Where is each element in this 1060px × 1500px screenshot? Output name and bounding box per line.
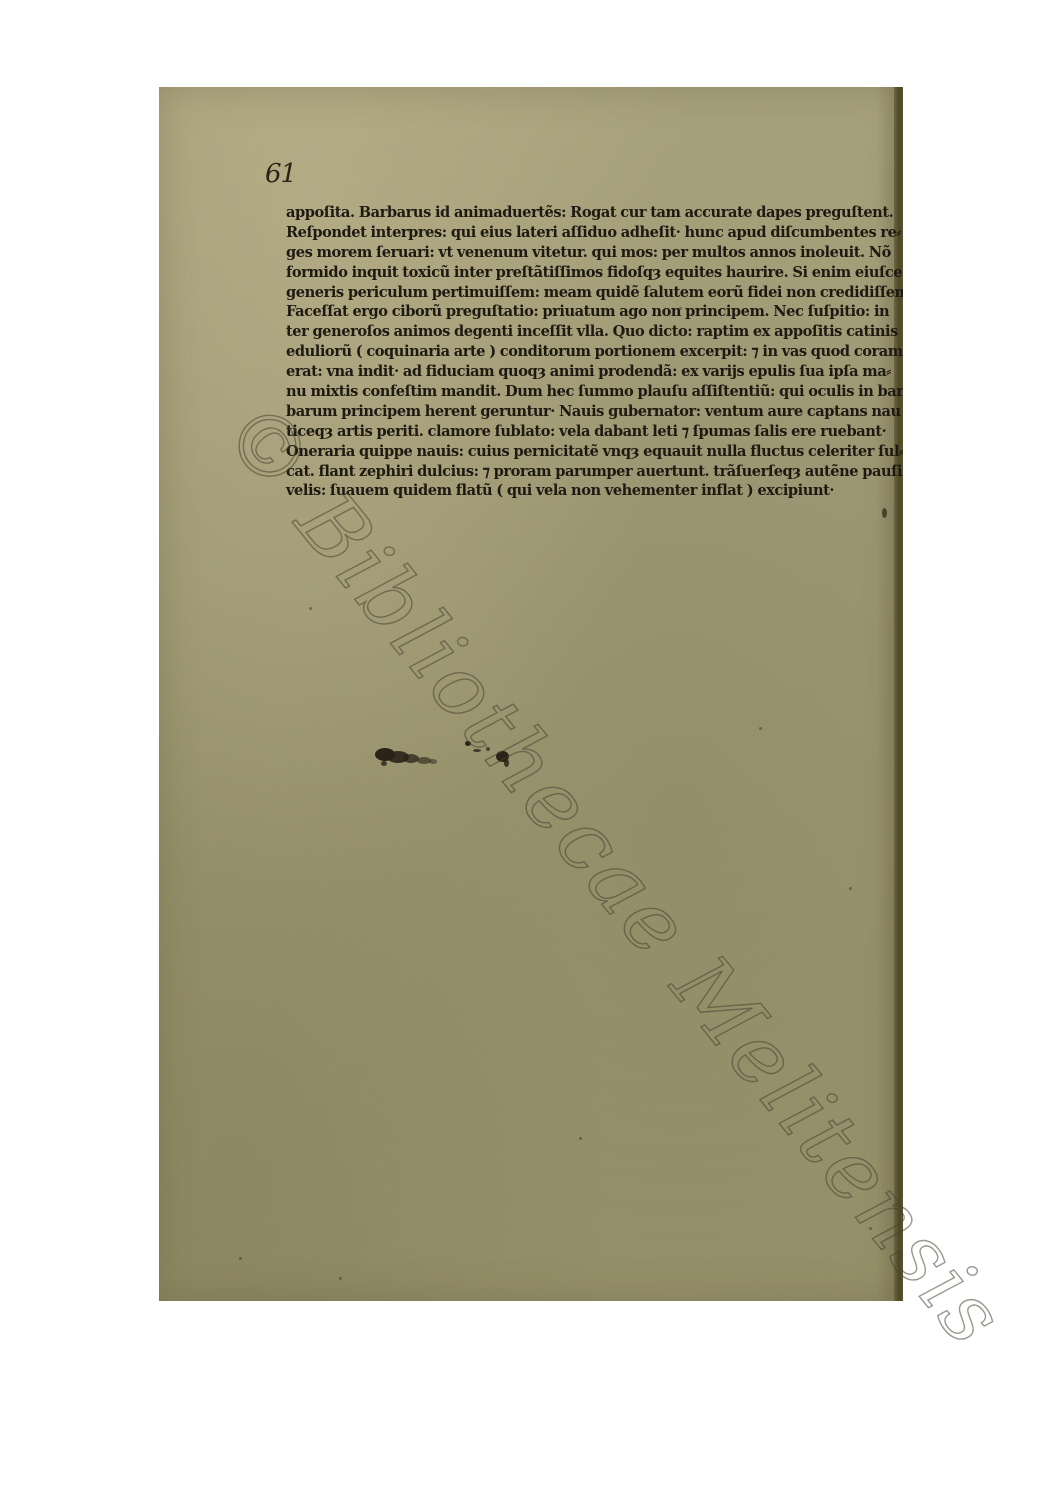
text-line: barum principem herent geruntur· Nauis g… — [286, 402, 862, 422]
text-line: ter generoſos animos degenti inceſſit vl… — [286, 322, 862, 342]
text-line: Faceſſat ergo ciborũ preguſtatio: priuat… — [286, 302, 862, 322]
text-line: formido inquit toxicũ inter preſtãtiſſim… — [286, 263, 862, 283]
text-line: erat: vna indit· ad fiduciam quoqȝ animi… — [286, 362, 862, 382]
text-line: appoſita. Barbarus id animaduertẽs: Roga… — [286, 203, 862, 223]
text-line: cat. flant zephiri dulcius: ⁊ proram par… — [286, 462, 862, 482]
text-line: ges morem ſeruari: vt venenum vitetur. q… — [286, 243, 862, 263]
text-line: eduliorũ ( coquinaria arte ) conditorum … — [286, 342, 862, 362]
text-block: appoſita. Barbarus id animaduertẽs: Roga… — [286, 203, 862, 501]
page-number: 61 — [265, 159, 296, 189]
text-line: Oneraria quippe nauis: cuius pernicitatẽ… — [286, 442, 862, 462]
text-line: nu mixtis confeſtim mandit. Dum hec ſumm… — [286, 382, 862, 402]
text-line: velis: ſuauem quidem flatũ ( qui vela no… — [286, 481, 862, 501]
text-line: generis periculum pertimuiſſem: meam qui… — [286, 283, 862, 303]
text-line: Reſpondet interpres: qui eius lateri aſſ… — [286, 223, 862, 243]
manuscript-page: 61 appoſita. Barbarus id animaduertẽs: R… — [159, 87, 903, 1301]
text-line: ticeqȝ artis periti. clamore ſublato: ve… — [286, 422, 862, 442]
margin-stain-dot — [882, 508, 887, 518]
